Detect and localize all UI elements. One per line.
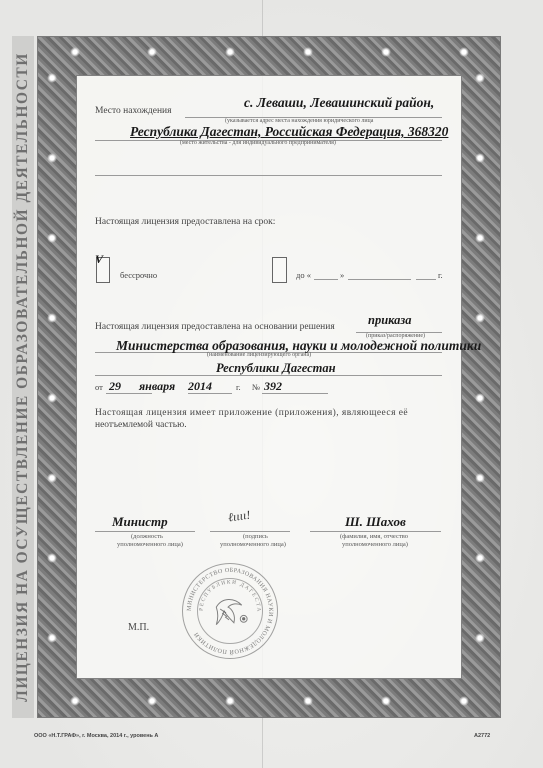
position-hint-1: (должность xyxy=(131,533,163,540)
location-value-2: Республика Дагестан, Российская Федераци… xyxy=(130,124,448,140)
stamp-place: М.П. xyxy=(128,622,149,633)
authority-hint: (наименование лицензирующего органа) xyxy=(207,352,311,358)
order-number: 392 xyxy=(264,379,282,394)
position-line xyxy=(95,531,195,532)
until-suffix: г. xyxy=(438,270,443,280)
printer-info: ООО «Н.Т.ГРАФ», г. Москва, 2014 г., уров… xyxy=(34,733,158,739)
location-hint-2: (место жительства - для индивидуального … xyxy=(180,140,336,146)
location-line-3 xyxy=(95,175,442,176)
until-year-line xyxy=(416,279,436,280)
location-value-1: с. Леваши, Левашинский район, xyxy=(244,95,434,111)
license-content: Место нахождения с. Леваши, Левашинский … xyxy=(0,0,543,768)
appendix-line-1: Настоящая лицензия имеет приложение (при… xyxy=(95,408,408,418)
signature-hint-2: уполномоченного лица) xyxy=(220,541,286,548)
position-value: Министр xyxy=(112,514,168,530)
authority-value-2: Республики Дагестан xyxy=(216,361,336,376)
signature-line xyxy=(210,531,290,532)
date-day: 29 xyxy=(109,379,121,394)
term-label: Настоящая лицензия предоставлена на срок… xyxy=(95,217,275,227)
name-hint-2: уполномоченного лица) xyxy=(342,541,408,548)
signature: ℓιιιι! xyxy=(227,508,251,526)
until-checkbox[interactable] xyxy=(272,257,287,283)
eagle-emblem-icon xyxy=(216,599,247,624)
year-suffix: г. xyxy=(236,382,241,392)
position-hint-2: уполномоченного лица) xyxy=(117,541,183,548)
signature-hint-1: (подпись xyxy=(243,533,268,540)
seal-text-ring: МИНИСТЕРСТВО ОБРАЗОВАНИЯ НАУКИ И МОЛОДЕЖ… xyxy=(183,564,277,658)
appendix-line-2: неотъемлемой частью. xyxy=(95,420,187,430)
decision-type-value: приказа xyxy=(368,313,412,328)
date-year: 2014 xyxy=(188,379,212,394)
date-month: января xyxy=(139,379,175,394)
until-prefix: до « xyxy=(296,270,311,280)
date-prefix: от xyxy=(95,382,103,392)
number-line xyxy=(262,393,328,394)
number-prefix: № xyxy=(252,382,260,392)
official-seal: МИНИСТЕРСТВО ОБРАЗОВАНИЯ НАУКИ И МОЛОДЕЖ… xyxy=(182,563,278,659)
indefinite-label: бессрочно xyxy=(120,270,157,280)
basis-label: Настоящая лицензия предоставлена на осно… xyxy=(95,322,335,332)
form-code: А2772 xyxy=(474,733,490,739)
year-line xyxy=(188,393,232,394)
name-line xyxy=(310,531,441,532)
until-day-line xyxy=(314,279,338,280)
location-label: Место нахождения xyxy=(95,106,172,116)
name-hint-1: (фамилия, имя, отчество xyxy=(340,533,408,540)
until-month-line xyxy=(348,279,411,280)
name-value: Ш. Шахов xyxy=(345,514,406,530)
checkbox-mark: V xyxy=(95,252,103,267)
until-mid: » xyxy=(340,270,344,280)
